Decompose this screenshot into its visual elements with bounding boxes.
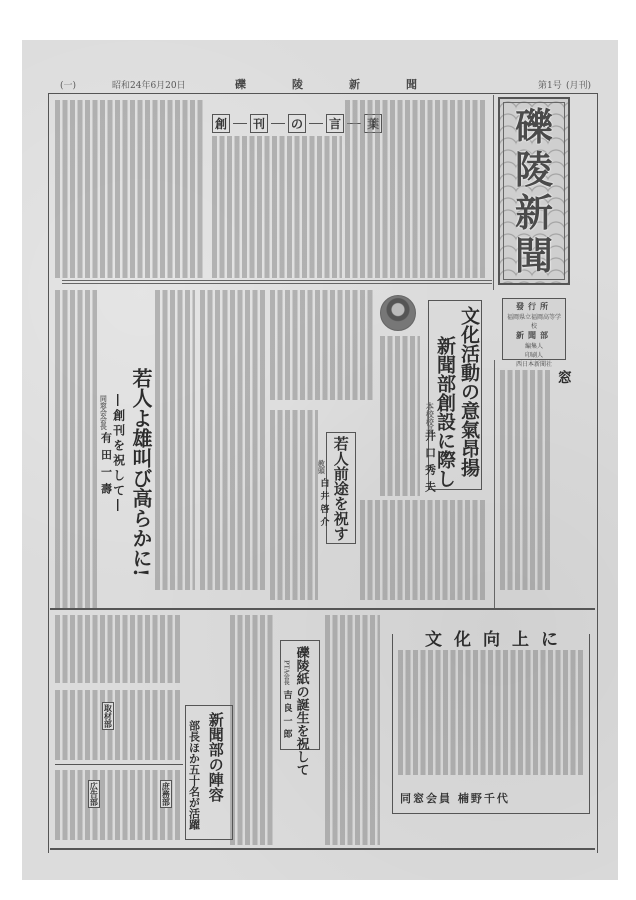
masthead-char: 新 — [515, 194, 553, 232]
birth-body-left — [230, 615, 275, 845]
publisher-line: 編集人 — [505, 341, 563, 350]
staff-section-label: 庶務部 — [160, 780, 172, 808]
lower-left-body — [55, 615, 180, 683]
staff-section-label: 広告部 — [88, 780, 100, 808]
publisher-line: 發行所 — [505, 301, 563, 312]
staff-subheadline: 部長ほか五十名が活躍 — [188, 720, 200, 830]
issue-number: 第1号 — [538, 78, 562, 91]
page-header: (一) 昭和24年6月20日 礫陵新聞 第1号 (月刊) — [40, 76, 600, 92]
publisher-line: 福岡県立福岡高等学校 — [505, 312, 563, 330]
divider — [55, 764, 183, 765]
window-column-title: 窓 — [556, 370, 571, 384]
publisher-line: 印刷人 — [505, 350, 563, 359]
masthead-char: 礫 — [515, 108, 553, 146]
publication-date: 昭和24年6月20日 — [112, 78, 186, 91]
inaugural-body-left — [55, 100, 205, 278]
divider — [493, 95, 494, 290]
section-divider — [50, 608, 595, 610]
principal-headline: 文化活動の意氣昂揚 — [458, 306, 478, 477]
principal-body-2 — [270, 290, 375, 400]
future-byline-name: 白井啓介 — [318, 478, 327, 530]
masthead: 礫 陵 新 聞 — [498, 97, 570, 285]
principal-body — [380, 336, 420, 496]
staff-section-label: 取材部 — [102, 702, 114, 730]
publisher-box: 發行所 福岡県立福岡高等学校 新聞部 編集人 印刷人 西日本新聞社 — [502, 298, 566, 360]
publication-frequency: (月刊) — [566, 78, 591, 91]
principal-photo — [380, 295, 416, 331]
page-number: (一) — [60, 78, 76, 91]
birth-byline-name: 吉良一郎 — [281, 690, 290, 742]
window-column-body — [500, 370, 550, 590]
bottom-rule — [50, 848, 595, 850]
birth-body-right — [325, 615, 380, 845]
inaugural-body-right — [345, 100, 487, 278]
culture-body — [398, 650, 583, 775]
divider — [494, 360, 495, 610]
masthead-char: 聞 — [515, 237, 553, 275]
youth-body-left — [55, 290, 97, 610]
principal-body-4 — [360, 500, 485, 600]
principal-subheadline: 新聞部創設に際し — [434, 336, 454, 488]
youth-subheadline: ―創刊を祝して― — [112, 394, 125, 514]
staff-body-top — [55, 690, 180, 760]
principal-byline-name: 井口秀夫 — [424, 430, 436, 498]
youth-body-right — [155, 290, 195, 590]
principal-body-3 — [200, 290, 265, 590]
birth-headline: 礫陵紙の誕生を祝して — [294, 646, 308, 776]
future-body — [270, 410, 318, 600]
section-divider — [62, 280, 492, 284]
inaugural-body-mid — [212, 136, 342, 278]
birth-byline-role: PTA会長 — [282, 660, 288, 685]
staff-headline: 新聞部の陣容 — [207, 712, 223, 802]
header-paper-title: 礫陵新聞 — [235, 76, 463, 92]
culture-byline: 同窓会員 楠野千代 — [400, 790, 510, 806]
future-headline: 若人前途を祝す — [332, 436, 348, 541]
masthead-char: 陵 — [515, 151, 553, 189]
future-byline-role: 教頭 — [318, 460, 325, 474]
youth-headline: 若人よ雄叫び高らかに! — [130, 368, 151, 577]
youth-byline-role: 同窓会会長 — [100, 395, 107, 430]
youth-byline-name: 有田一壽 — [100, 432, 112, 500]
publisher-line: 西日本新聞社 — [505, 359, 563, 368]
publisher-line: 新聞部 — [505, 330, 563, 341]
